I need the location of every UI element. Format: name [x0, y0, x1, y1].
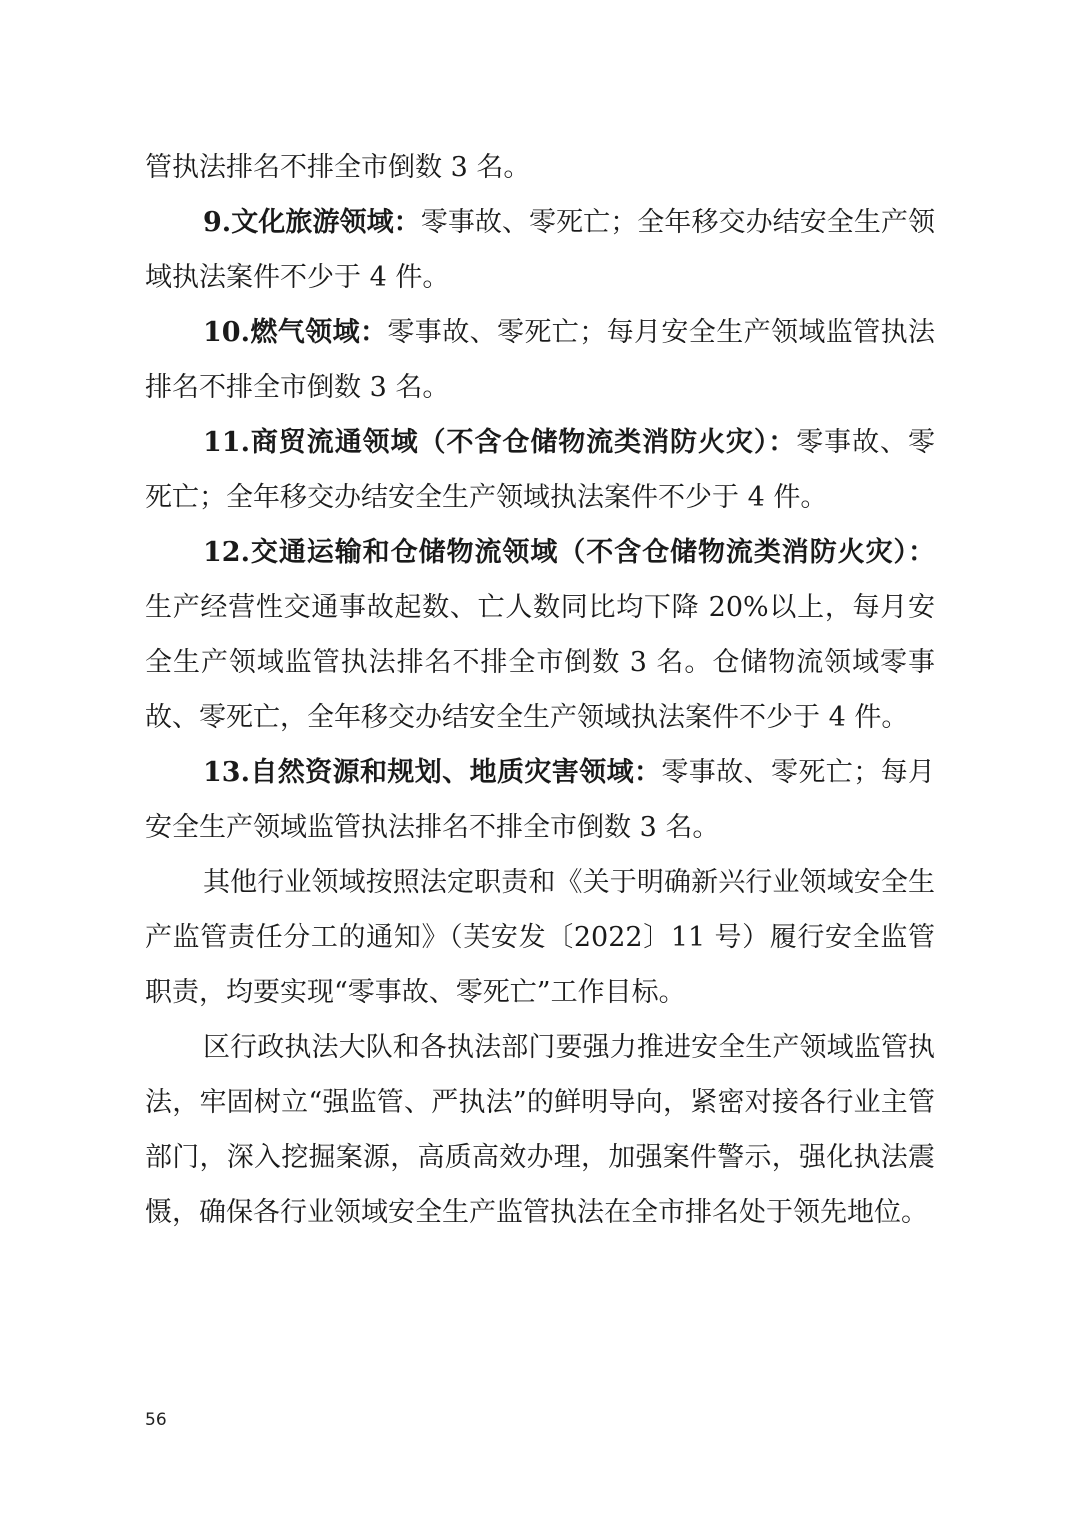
paragraph-continuation: 管执法排名不排全市倒数 3 名。 [145, 140, 935, 195]
item-heading: 9.文化旅游领域： [203, 207, 421, 238]
paragraph-enforcement: 区行政执法大队和各执法部门要强力推进安全生产领域监管执法，牢固树立“强监管、严执… [145, 1020, 935, 1240]
item-heading: 13.自然资源和规划、地质灾害领域： [203, 757, 661, 788]
item-heading: 11.商贸流通领域（不含仓储物流类消防火灾）： [203, 427, 796, 458]
document-body: 管执法排名不排全市倒数 3 名。 9.文化旅游领域：零事故、零死亡；全年移交办结… [145, 140, 935, 1240]
paragraph-other-sectors: 其他行业领域按照法定职责和《关于明确新兴行业领域安全生产监管责任分工的通知》（芙… [145, 855, 935, 1020]
paragraph-item-13: 13.自然资源和规划、地质灾害领域：零事故、零死亡；每月安全生产领域监管执法排名… [145, 745, 935, 855]
paragraph-text: 生产经营性交通事故起数、亡人数同比均下降 20%以上，每月安全生产领域监管执法排… [145, 592, 935, 733]
paragraph-text: 管执法排名不排全市倒数 3 名。 [145, 152, 530, 183]
paragraph-item-10: 10.燃气领域：零事故、零死亡；每月安全生产领域监管执法排名不排全市倒数 3 名… [145, 305, 935, 415]
page-number: 56 [145, 1410, 167, 1430]
paragraph-item-12: 12.交通运输和仓储物流领域（不含仓储物流类消防火灾）：生产经营性交通事故起数、… [145, 525, 935, 745]
paragraph-item-9: 9.文化旅游领域：零事故、零死亡；全年移交办结安全生产领域执法案件不少于 4 件… [145, 195, 935, 305]
paragraph-item-11: 11.商贸流通领域（不含仓储物流类消防火灾）：零事故、零死亡；全年移交办结安全生… [145, 415, 935, 525]
item-heading: 10.燃气领域： [203, 317, 387, 348]
item-heading: 12.交通运输和仓储物流领域（不含仓储物流类消防火灾）： [203, 537, 935, 568]
paragraph-text: 其他行业领域按照法定职责和《关于明确新兴行业领域安全生产监管责任分工的通知》（芙… [145, 867, 935, 1008]
paragraph-text: 区行政执法大队和各执法部门要强力推进安全生产领域监管执法，牢固树立“强监管、严执… [145, 1032, 935, 1228]
